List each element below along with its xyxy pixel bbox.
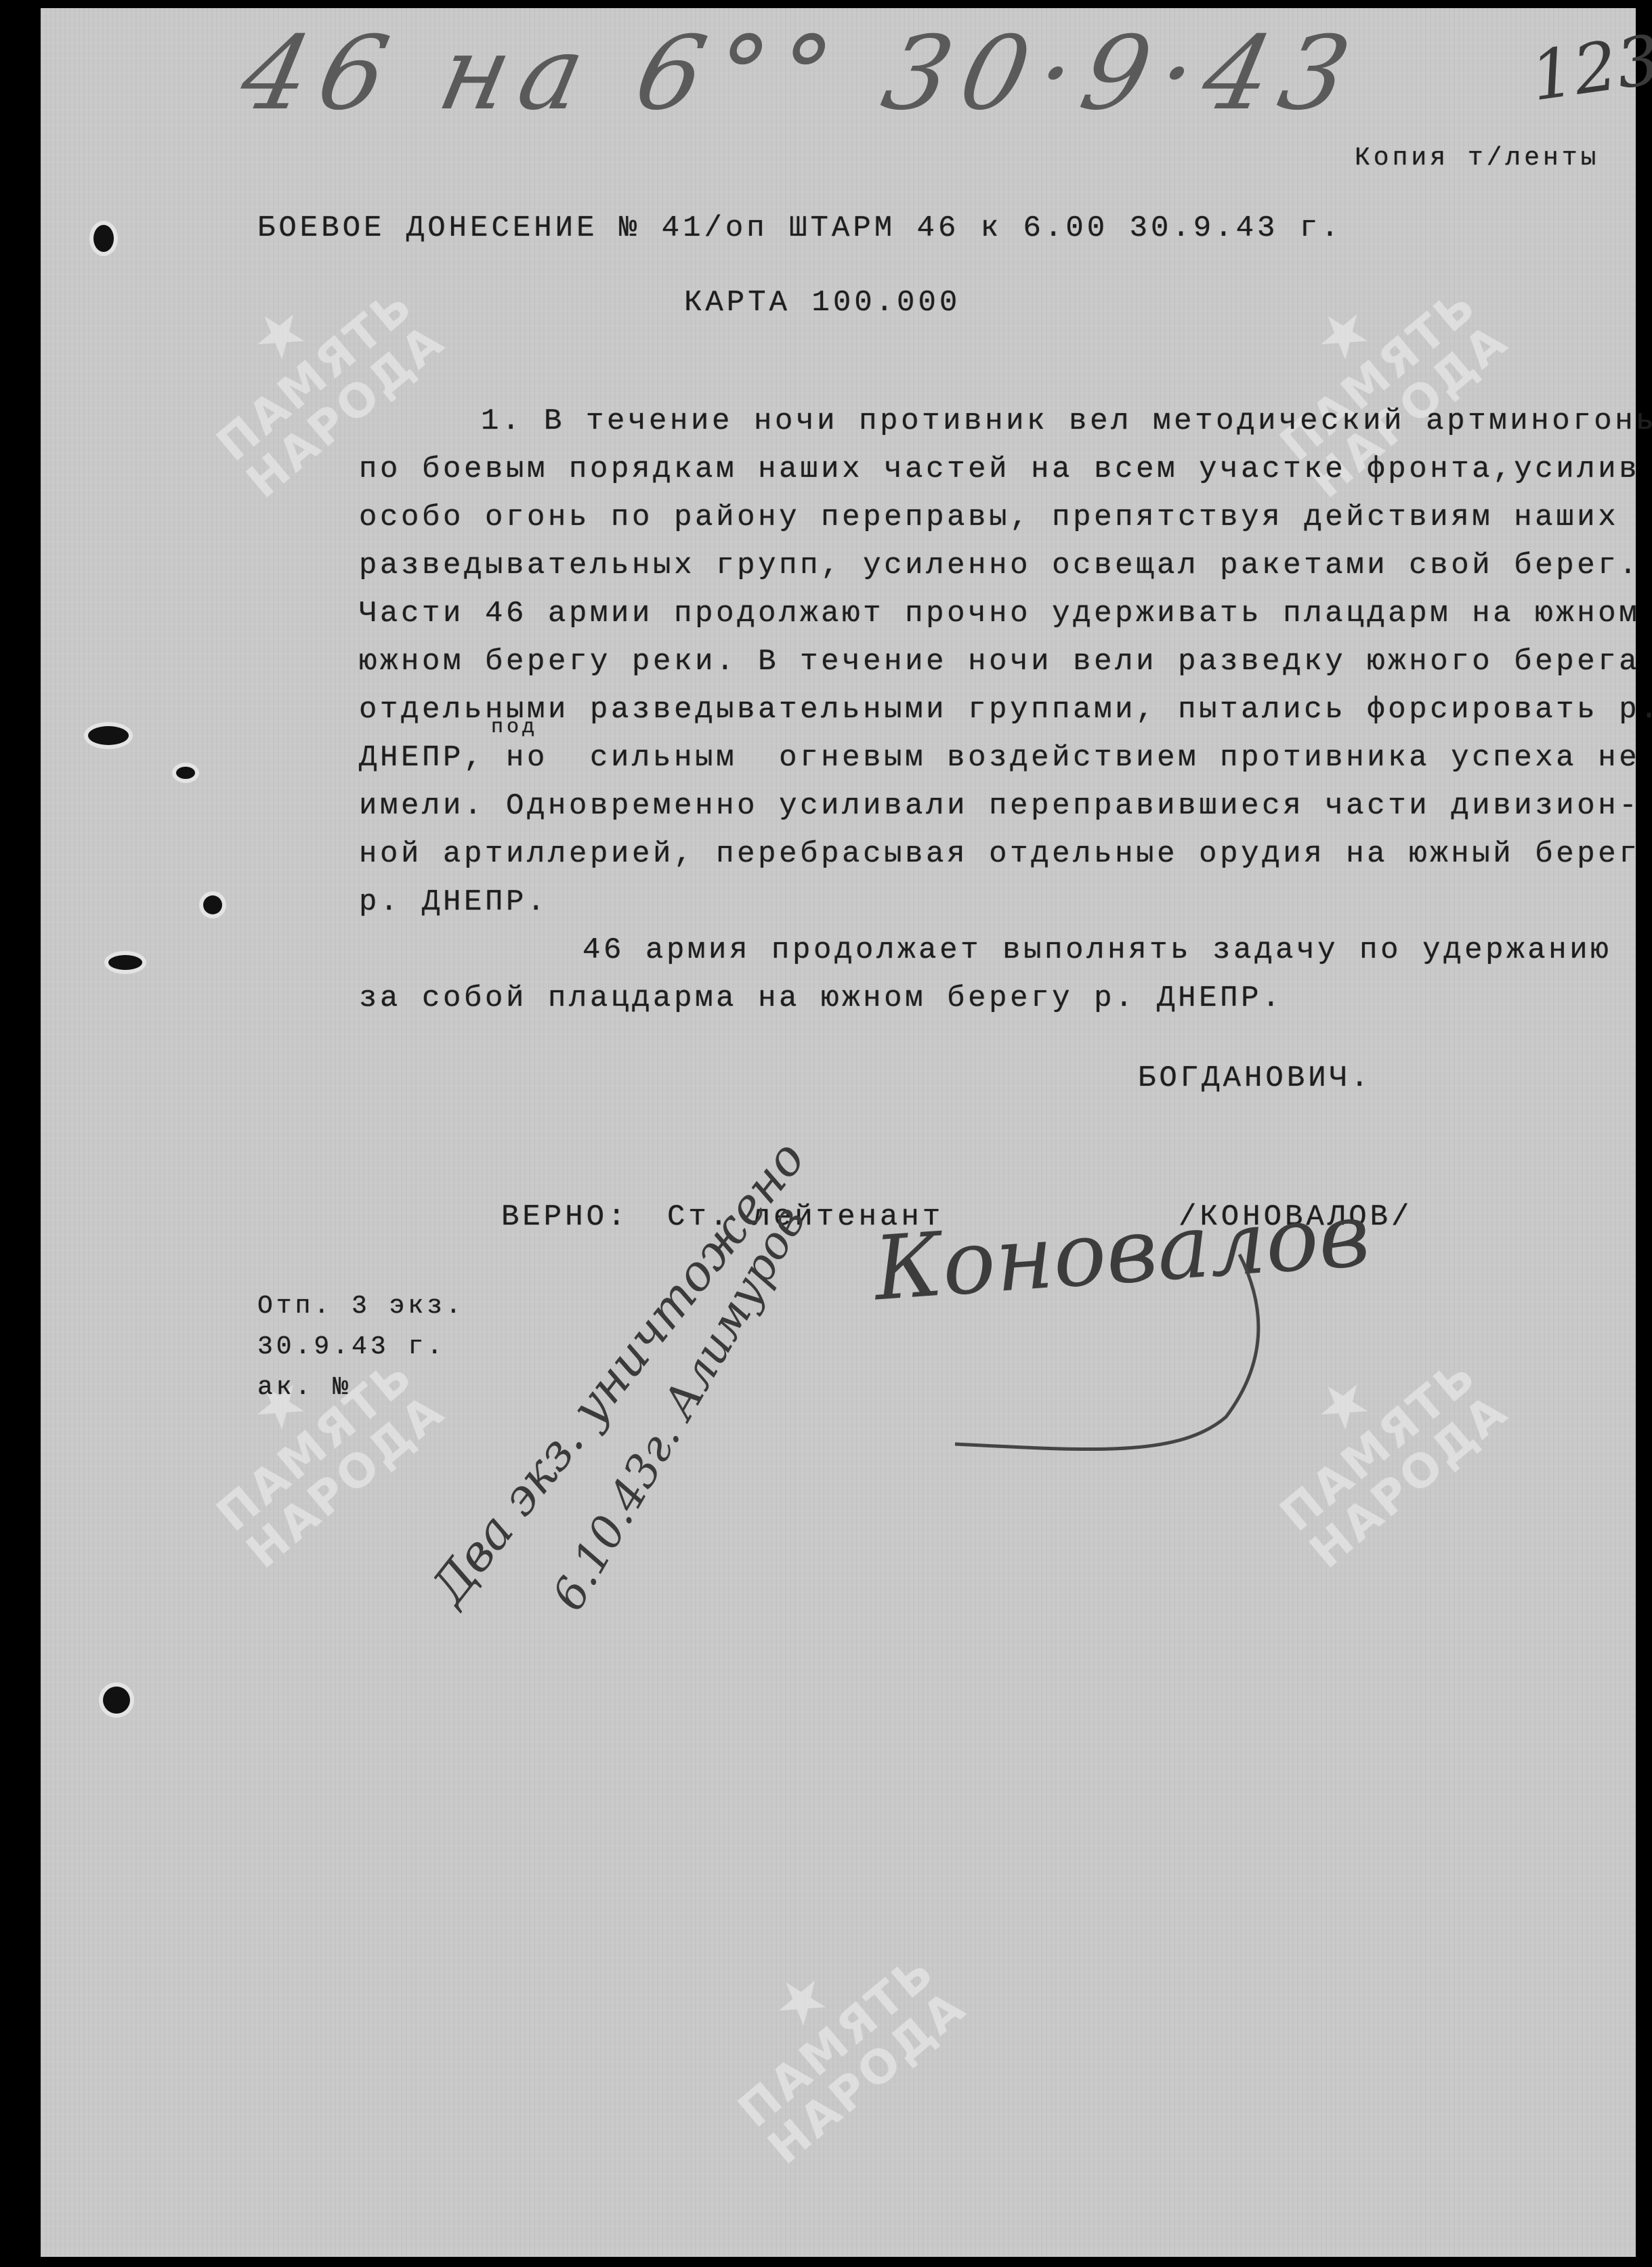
- punch-hole: [88, 726, 129, 745]
- body-line: Части 46 армии продолжают прочно удержив…: [359, 590, 1652, 638]
- punch-hole: [176, 767, 195, 779]
- dispatch-note: 30.9.43 г.: [257, 1332, 446, 1361]
- verification-label: ВЕРНО:: [501, 1200, 629, 1234]
- page-number: 123: [1526, 20, 1652, 116]
- star-icon: ★: [691, 1899, 914, 2100]
- body-line: особо огонь по району переправы, препятс…: [359, 494, 1652, 542]
- punch-hole: [108, 955, 142, 970]
- watermark: ★ ПАМЯТЬ НАРОДА: [691, 1899, 975, 2173]
- punch-hole: [203, 895, 222, 914]
- map-scale: КАРТА 100.000: [684, 286, 960, 320]
- interline-correction: под: [491, 716, 538, 739]
- body-line: южном берегу реки. В течение ночи вели р…: [359, 638, 1652, 686]
- body-line: за собой плацдарма на южном берегу р. ДН…: [359, 975, 1652, 1023]
- body-line: ной артиллерией, перебрасывая отдельные …: [359, 830, 1652, 878]
- punch-hole: [93, 225, 114, 252]
- body-line: 46 армия продолжает выполнять задачу по …: [359, 927, 1652, 975]
- document-page: ★ ПАМЯТЬ НАРОДА ★ ПАМЯТЬ НАРОДА ★ ПАМЯТЬ…: [41, 8, 1636, 2257]
- handwritten-header: 46 на 6°° 30·9·43: [232, 15, 1372, 133]
- body-line: отдельными разведывательными группами, п…: [359, 686, 1652, 734]
- body-line: 1. В течение ночи противник вел методиче…: [359, 398, 1652, 446]
- dispatch-note: ак. №: [257, 1373, 352, 1402]
- body-line: по боевым порядкам наших частей на всем …: [359, 446, 1652, 494]
- copy-label: Копия т/ленты: [1355, 144, 1599, 173]
- signatory-name: БОГДАНОВИЧ.: [1138, 1061, 1372, 1095]
- body-line: разведывательных групп, усиленно освещал…: [359, 542, 1652, 590]
- body-line: р. ДНЕПР.: [359, 878, 1652, 927]
- signature-flourish: [887, 1200, 1294, 1471]
- document-title: БОЕВОЕ ДОНЕСЕНИЕ № 41/оп ШТАРМ 46 к 6.00…: [257, 211, 1342, 245]
- report-body: 1. В течение ночи противник вел методиче…: [359, 398, 1652, 1023]
- dispatch-note: Отп. 3 экз.: [257, 1292, 465, 1321]
- punch-hole: [103, 1687, 130, 1714]
- body-line: имели. Одновременно усиливали переправив…: [359, 782, 1652, 830]
- body-line: ДНЕПР, но сильным огневым воздействием п…: [359, 734, 1652, 782]
